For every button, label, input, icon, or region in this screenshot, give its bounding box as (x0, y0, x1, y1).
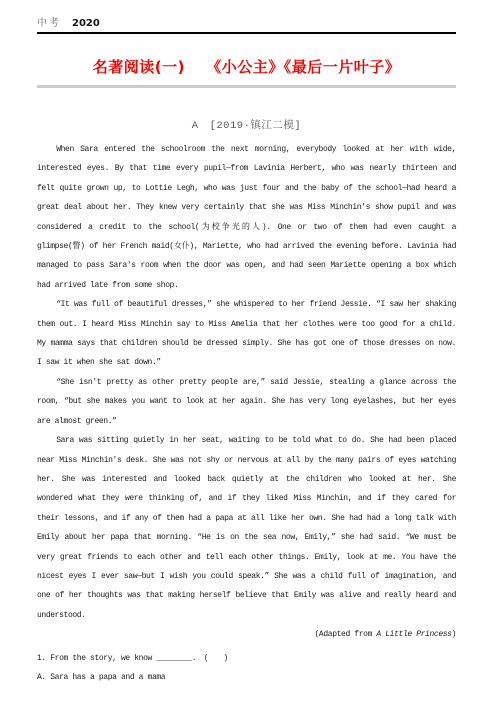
passage-paragraph: “It was full of beautiful dresses,” she … (37, 295, 456, 373)
title-divider (37, 85, 456, 88)
attribution-prefix: (Adapted from (315, 630, 377, 639)
passage-paragraph: “She isn't pretty as other pretty people… (37, 373, 456, 431)
reading-passage: When Sara entered the schoolroom the nex… (37, 140, 456, 625)
question-1-option-a: A. Sara has a papa and a mama (37, 668, 456, 687)
document-page: 中考 2020 名著阅读(一) 《小公主》《最后一片叶子》 A [2019·镇江… (0, 0, 496, 702)
masthead: 中考 2020 (37, 0, 456, 34)
passage-paragraph: When Sara entered the schoolroom the nex… (37, 140, 456, 295)
chapter-title: 名著阅读(一) 《小公主》《最后一片叶子》 (37, 56, 456, 77)
passage-paragraph: Sara was sitting quietly in her seat, wa… (37, 431, 456, 625)
source-attribution: (Adapted from A Little Princess) (37, 625, 456, 644)
section-label: A [2019·镇江二模] (37, 117, 456, 132)
book-title: A Little Princess (376, 630, 451, 639)
question-1: 1. From the story, we know ________. ( ) (37, 649, 456, 668)
masthead-brand: 中考 (37, 14, 61, 29)
question-block: 1. From the story, we know ________. ( )… (37, 649, 456, 688)
masthead-year: 2020 (72, 18, 100, 29)
attribution-suffix: ) (452, 630, 456, 639)
